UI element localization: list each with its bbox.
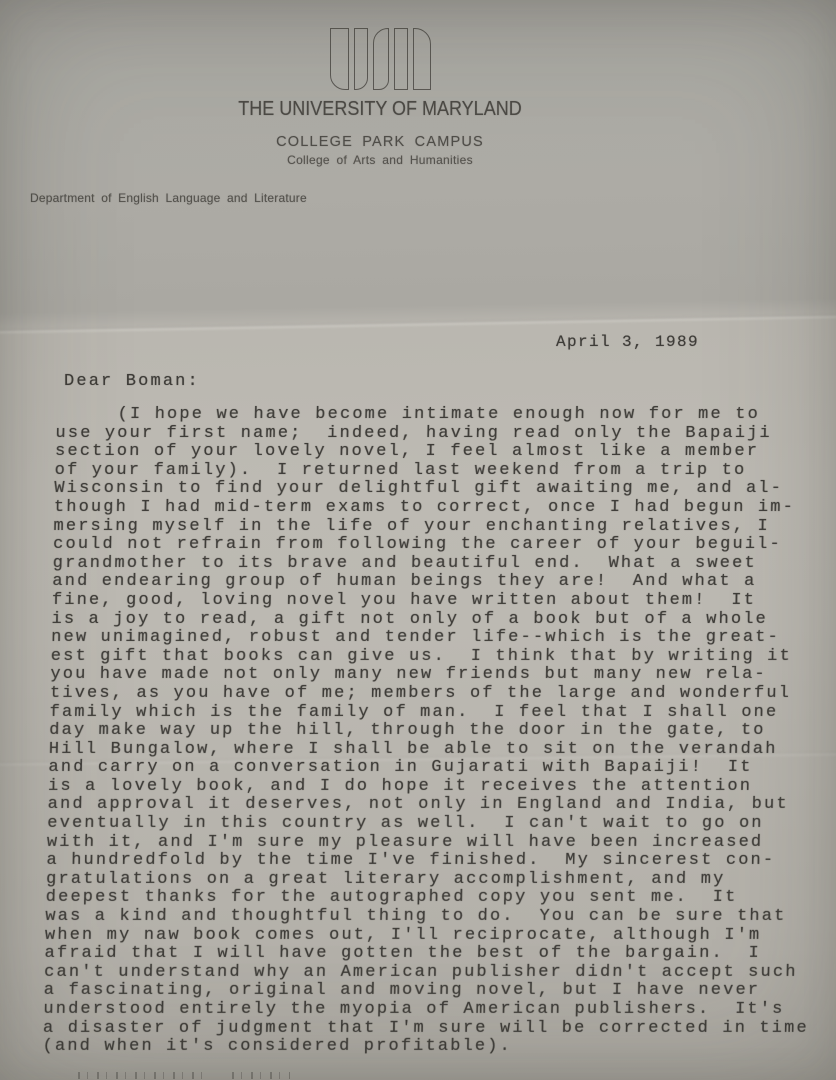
department-name: Department of English Language and Liter…: [30, 191, 307, 205]
letter-date: April 3, 1989: [556, 332, 699, 352]
cutoff-line-fragment: [78, 1072, 206, 1079]
letter-photo: { "letterhead": { "logo_icon": "um-monog…: [0, 0, 836, 1080]
logo-bar: [373, 28, 389, 90]
letterhead: THE UNIVERSITY OF MARYLAND COLLEGE PARK …: [0, 28, 760, 167]
cutoff-line-fragment: [232, 1072, 290, 1079]
um-monogram-icon: [330, 28, 431, 90]
paper-fold-crease: [0, 314, 836, 334]
letter-body: (I hope we have become intimate enough n…: [42, 406, 821, 1057]
college-name: College of Arts and Humanities: [0, 153, 760, 167]
logo-bar: [330, 28, 349, 90]
logo-bar: [394, 28, 408, 90]
logo-bar: [413, 28, 431, 90]
logo-bar: [354, 28, 368, 90]
campus-name: COLLEGE PARK CAMPUS: [0, 134, 760, 150]
salutation: Dear Boman:: [64, 373, 200, 392]
university-name: THE UNIVERSITY OF MARYLAND: [38, 98, 722, 121]
